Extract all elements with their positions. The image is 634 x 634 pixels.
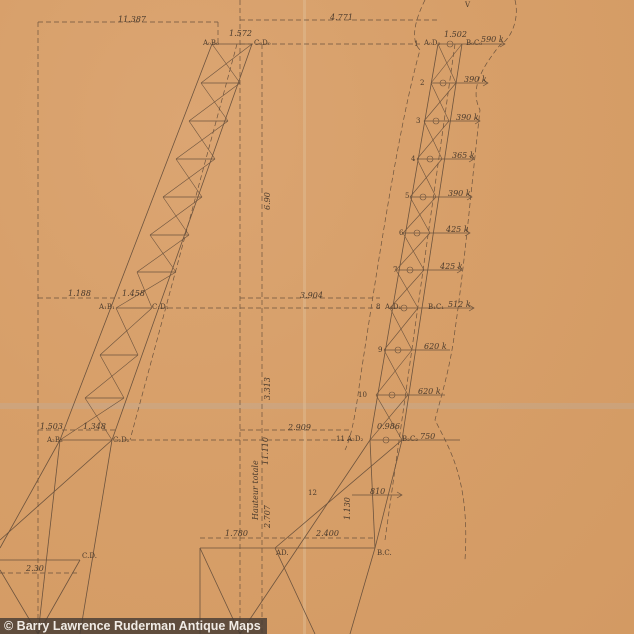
dim-top-left-width: 1.572: [229, 30, 252, 38]
panel-number: 9: [378, 347, 382, 354]
dim-small-right: 1.130: [344, 497, 352, 520]
load-5: 390 k: [448, 190, 471, 198]
panel-number: 12: [308, 490, 317, 497]
node-a1b1: A₁B₁: [99, 304, 115, 311]
panel-number: 6: [399, 230, 403, 237]
dim-mid-left-width: 1.458: [122, 290, 145, 298]
dim-vertical-label: Hauteur totale: [252, 460, 260, 520]
load-6: 425 k: [446, 226, 469, 234]
panel-number: 3: [416, 118, 420, 125]
node-a1d1: A₁D₁: [385, 304, 401, 311]
dim-low-left-b: 1.348: [83, 423, 106, 431]
dim-vertical-mid: 3.313: [264, 377, 272, 400]
node-b0c0: B₀C₀: [466, 40, 482, 47]
panel-number: 5: [405, 193, 409, 200]
node-ad-base: AD.: [276, 550, 289, 557]
node-b1c1: B₁C₁: [428, 304, 444, 311]
truss-drawing: [0, 0, 634, 634]
node-a0b0: A₀B₀: [203, 40, 219, 47]
panel-number: 2: [420, 80, 424, 87]
node-a2b2: A₂B₂: [47, 437, 63, 444]
node-cd-low: C.D.: [82, 553, 97, 560]
force-bottom: 810: [370, 488, 385, 496]
node-b2c2: B₂C₂: [402, 436, 418, 443]
panel-number: 1: [414, 41, 418, 48]
node-c0d0: C₀D₀: [254, 40, 271, 47]
mark-v: V: [465, 2, 470, 9]
panel-number: 10: [358, 392, 367, 399]
dim-low-right-width: 0.986: [377, 423, 400, 431]
dim-bottom-left: 2.30: [26, 565, 44, 573]
dim-top-right-width: 1.502: [444, 31, 467, 39]
node-a0d0: A₀D₀: [424, 40, 440, 47]
panel-number: 8: [376, 304, 380, 311]
load-10: 620 k: [418, 388, 441, 396]
dim-mid-left-span: 1.188: [68, 290, 91, 298]
dim-vertical-low: 11.110: [262, 437, 270, 465]
node-bc-base: B.C.: [377, 550, 392, 557]
dim-mid-center-span: 3.904: [300, 292, 323, 300]
dim-top-right-span: 4.771: [330, 14, 353, 22]
copyright-watermark: © Barry Lawrence Ruderman Antique Maps: [0, 618, 267, 634]
load-11: 750: [420, 433, 435, 441]
load-1: 590 k: [481, 36, 504, 44]
panel-number: 7: [393, 267, 397, 274]
dim-top-left-span: 11.387: [118, 16, 146, 24]
dim-base-left: 1.780: [225, 530, 248, 538]
load-9: 620 k: [424, 343, 447, 351]
node-c1d1: C₁D₁: [152, 304, 169, 311]
panel-number: 4: [411, 156, 415, 163]
load-2: 390 k: [464, 76, 487, 84]
load-4: 365 k: [452, 152, 475, 160]
dim-vertical-upper: 6.90: [264, 192, 272, 210]
dim-low-left-a: 1.503: [40, 423, 63, 431]
dim-vertical-low2: 2.707: [264, 505, 272, 528]
dim-low-center-span: 2.909: [288, 424, 311, 432]
dim-base-right: 2.400: [316, 530, 339, 538]
load-3: 390 k: [456, 114, 479, 122]
node-c2d2: C₂D₂: [113, 437, 130, 444]
load-8: 512 k: [448, 301, 471, 309]
panel-number: 11: [336, 436, 345, 443]
node-a2d2: A₂D₂: [347, 436, 363, 443]
load-7: 425 k: [440, 263, 463, 271]
